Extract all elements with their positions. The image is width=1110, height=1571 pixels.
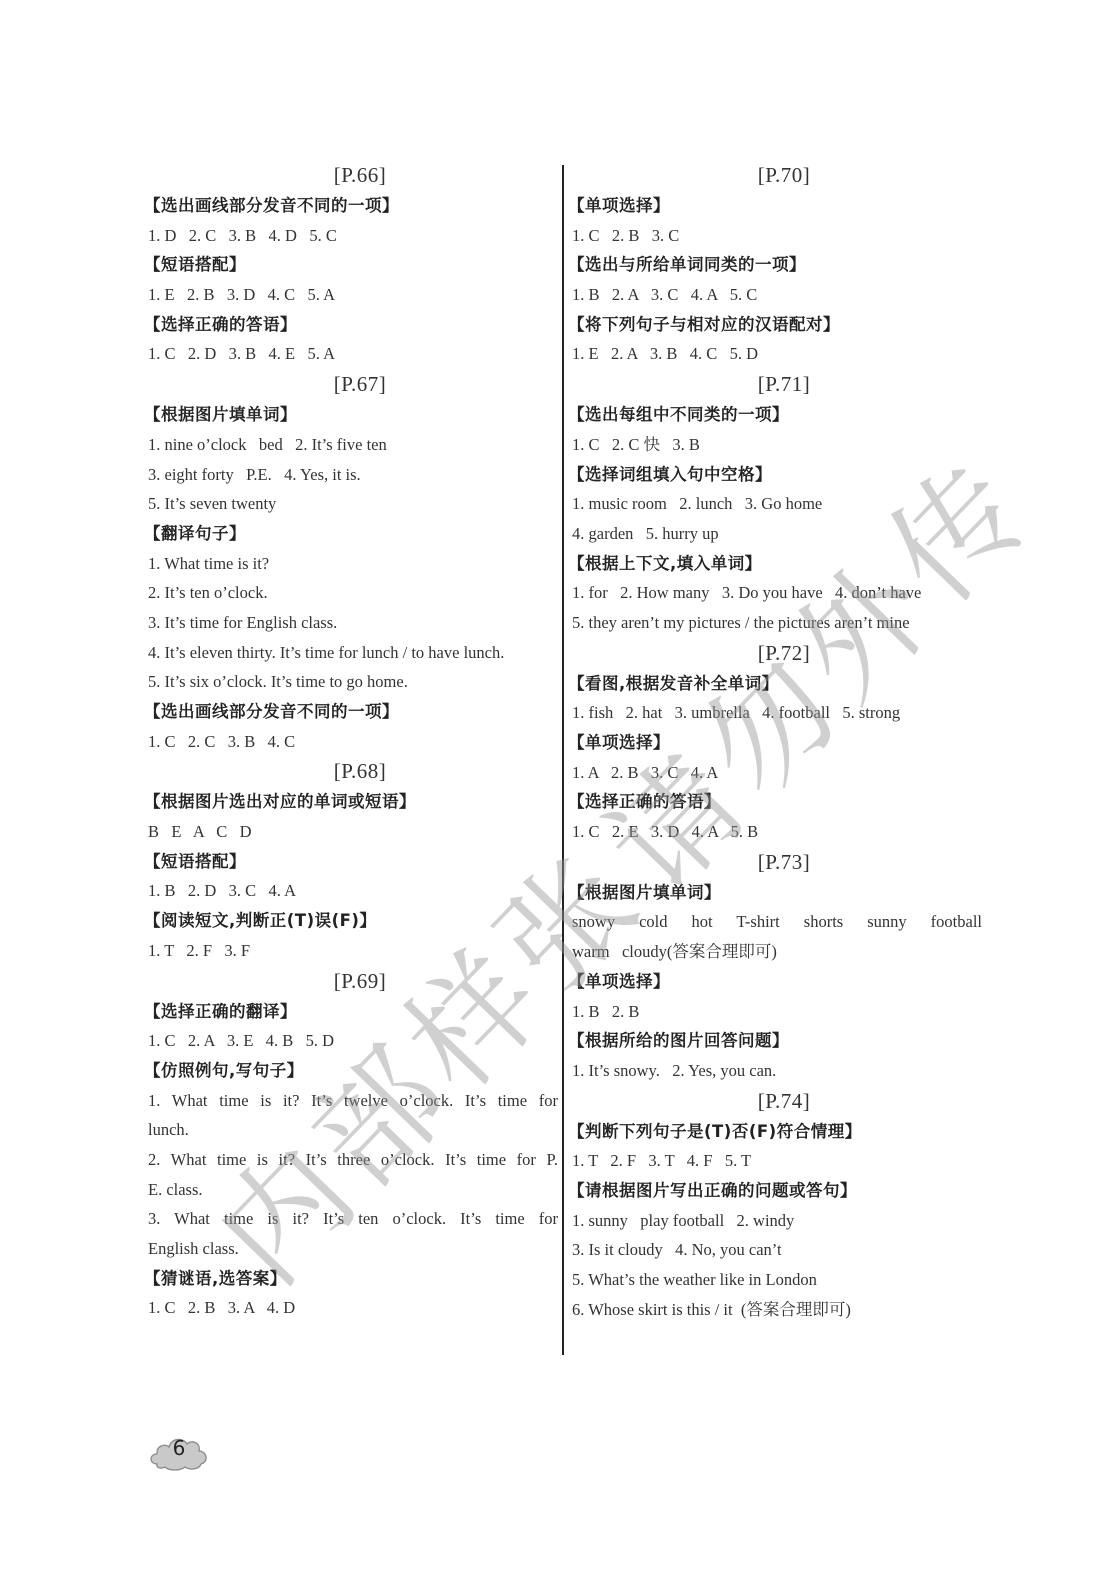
answer-line: 1. A 2. B 3. C 4. A [572, 758, 982, 788]
section-heading: 【根据图片选出对应的单词或短语】 [144, 787, 558, 817]
page-reference-marker: [P.72] [572, 638, 982, 669]
answer-line: 5. It’s six o’clock. It’s time to go hom… [148, 667, 558, 697]
answer-line: 3. eight forty P.E. 4. Yes, it is. [148, 460, 558, 490]
section-heading: 【猜谜语,选答案】 [144, 1264, 558, 1294]
section-heading: 【选择正确的翻译】 [144, 997, 558, 1027]
column-divider [562, 165, 564, 1355]
section-heading: 【选出每组中不同类的一项】 [568, 400, 982, 430]
answer-line: 1. T 2. F 3. T 4. F 5. T [572, 1146, 982, 1176]
answer-line: snowy cold hot T-shirt shorts sunny foot… [572, 907, 982, 937]
answer-line: 1. music room 2. lunch 3. Go home [572, 489, 982, 519]
answer-line: 1. nine o’clock bed 2. It’s five ten [148, 430, 558, 460]
section-heading: 【根据所给的图片回答问题】 [568, 1026, 982, 1056]
section-heading: 【短语搭配】 [144, 250, 558, 280]
page-reference-marker: [P.70] [572, 160, 982, 191]
section-heading: 【根据图片填单词】 [144, 400, 558, 430]
answer-line: 1. C 2. D 3. B 4. E 5. A [148, 339, 558, 369]
answer-line: 1. for 2. How many 3. Do you have 4. don… [572, 578, 982, 608]
section-heading: 【选出与所给单词同类的一项】 [568, 250, 982, 280]
answer-line: 1. It’s snowy. 2. Yes, you can. [572, 1056, 982, 1086]
answer-line: 3. What time is it? It’s ten o’clock. It… [148, 1204, 558, 1234]
section-heading: 【单项选择】 [568, 728, 982, 758]
answer-line: 2. It’s ten o’clock. [148, 578, 558, 608]
page-reference-marker: [P.74] [572, 1086, 982, 1117]
answer-line: 1. C 2. B 3. A 4. D [148, 1293, 558, 1323]
section-heading: 【翻译句子】 [144, 519, 558, 549]
answer-line: 2. What time is it? It’s three o’clock. … [148, 1145, 558, 1175]
section-heading: 【选出画线部分发音不同的一项】 [144, 697, 558, 727]
answer-line: 1. C 2. B 3. C [572, 221, 982, 251]
page-reference-marker: [P.69] [148, 966, 558, 997]
answer-line: English class. [148, 1234, 558, 1264]
answer-line: 1. T 2. F 3. F [148, 936, 558, 966]
answer-line: 1. What time is it? It’s twelve o’clock.… [148, 1086, 558, 1116]
section-heading: 【阅读短文,判断正(T)误(F)】 [144, 906, 558, 936]
right-column: [P.70]【单项选择】1. C 2. B 3. C【选出与所给单词同类的一项】… [572, 160, 982, 1324]
answer-line: 4. garden 5. hurry up [572, 519, 982, 549]
answer-line: 6. Whose skirt is this / it (答案合理即可) [572, 1295, 982, 1325]
section-heading: 【短语搭配】 [144, 847, 558, 877]
answer-line: 1. C 2. E 3. D 4. A 5. B [572, 817, 982, 847]
left-column: [P.66]【选出画线部分发音不同的一项】1. D 2. C 3. B 4. D… [148, 160, 558, 1323]
section-heading: 【判断下列句子是(T)否(F)符合情理】 [568, 1117, 982, 1147]
section-heading: 【仿照例句,写句子】 [144, 1056, 558, 1086]
answer-line: 1. C 2. C 3. B 4. C [148, 727, 558, 757]
section-heading: 【看图,根据发音补全单词】 [568, 669, 982, 699]
section-heading: 【选择词组填入句中空格】 [568, 460, 982, 490]
section-heading: 【选择正确的答语】 [568, 787, 982, 817]
answer-line: 5. What’s the weather like in London [572, 1265, 982, 1295]
section-heading: 【选择正确的答语】 [144, 310, 558, 340]
section-heading: 【请根据图片写出正确的问题或答句】 [568, 1176, 982, 1206]
answer-line: B E A C D [148, 817, 558, 847]
section-heading: 【单项选择】 [568, 191, 982, 221]
section-heading: 【将下列句子与相对应的汉语配对】 [568, 310, 982, 340]
answer-line: 5. It’s seven twenty [148, 489, 558, 519]
answer-line: 4. It’s eleven thirty. It’s time for lun… [148, 638, 558, 668]
answer-line: 1. C 2. A 3. E 4. B 5. D [148, 1026, 558, 1056]
answer-line: 1. B 2. D 3. C 4. A [148, 876, 558, 906]
page-reference-marker: [P.73] [572, 847, 982, 878]
page-reference-marker: [P.71] [572, 369, 982, 400]
answer-line: 3. Is it cloudy 4. No, you can’t [572, 1235, 982, 1265]
answer-line: E. class. [148, 1175, 558, 1205]
answer-line: 1. C 2. C 快 3. B [572, 430, 982, 460]
answer-line: 5. they aren’t my pictures / the picture… [572, 608, 982, 638]
page-number-badge: 6 [147, 1432, 211, 1472]
answer-line: 1. What time is it? [148, 549, 558, 579]
section-heading: 【选出画线部分发音不同的一项】 [144, 191, 558, 221]
answer-line: 1. B 2. A 3. C 4. A 5. C [572, 280, 982, 310]
answer-line: 1. D 2. C 3. B 4. D 5. C [148, 221, 558, 251]
section-heading: 【根据上下文,填入单词】 [568, 549, 982, 579]
answer-line: 1. E 2. A 3. B 4. C 5. D [572, 339, 982, 369]
section-heading: 【根据图片填单词】 [568, 878, 982, 908]
answer-line: 1. sunny play football 2. windy [572, 1206, 982, 1236]
answer-line: lunch. [148, 1115, 558, 1145]
answer-line: 3. It’s time for English class. [148, 608, 558, 638]
answer-line: 1. fish 2. hat 3. umbrella 4. football 5… [572, 698, 982, 728]
page-reference-marker: [P.66] [148, 160, 558, 191]
page-reference-marker: [P.67] [148, 369, 558, 400]
page-number: 6 [147, 1436, 211, 1460]
answer-key-page: [P.66]【选出画线部分发音不同的一项】1. D 2. C 3. B 4. D… [0, 0, 1110, 1571]
answer-line: warm cloudy(答案合理即可) [572, 937, 982, 967]
section-heading: 【单项选择】 [568, 967, 982, 997]
answer-line: 1. B 2. B [572, 997, 982, 1027]
page-reference-marker: [P.68] [148, 756, 558, 787]
answer-line: 1. E 2. B 3. D 4. C 5. A [148, 280, 558, 310]
